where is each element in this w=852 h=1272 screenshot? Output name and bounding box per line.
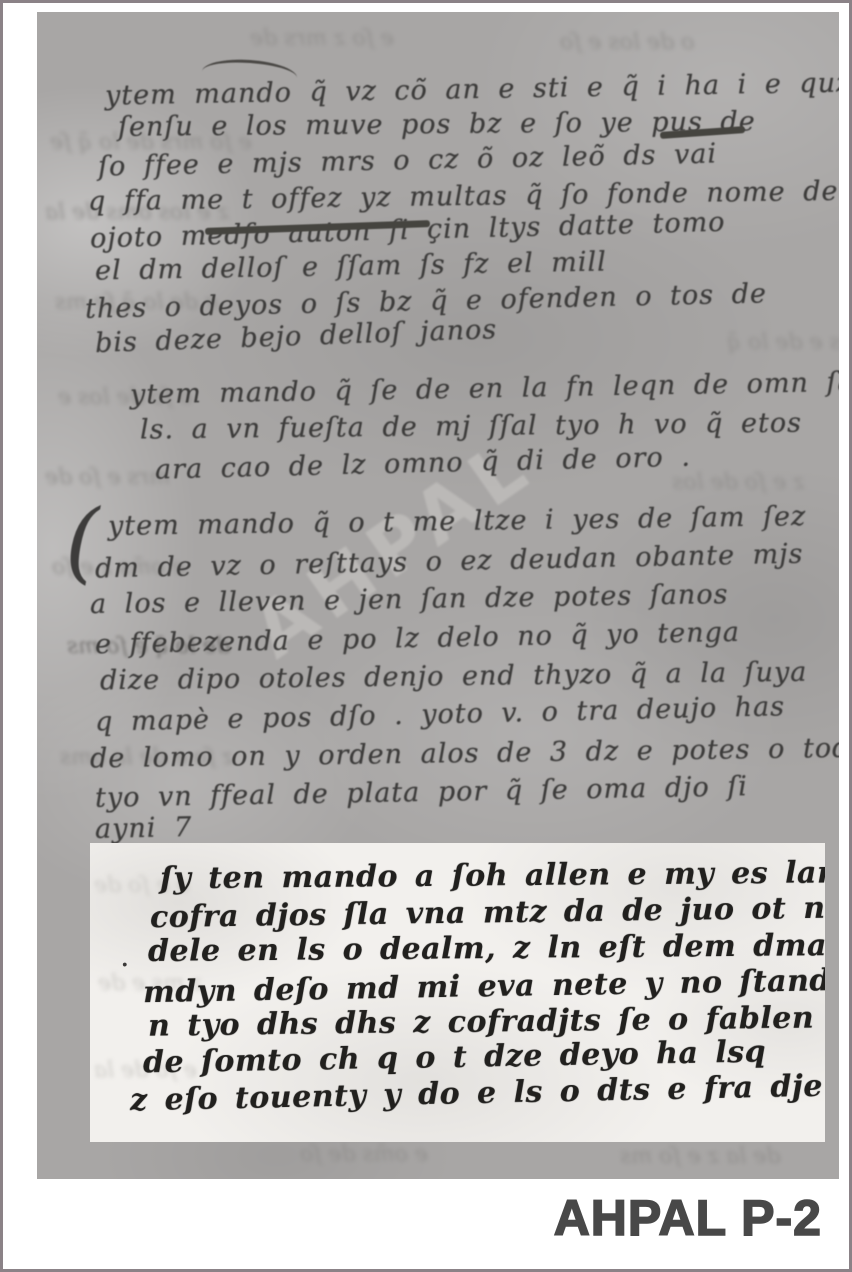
bleedthrough-mark: o de los e ſo — [560, 30, 694, 55]
manuscript-line: ſy ten mando a ſoh allen e my es lan hoa — [160, 855, 825, 897]
bleedthrough-mark: e om̃s de ſo — [300, 1142, 428, 1167]
manuscript-line: a los e lleven e jen ſan dze potes ſanos — [90, 579, 729, 620]
bleedthrough-mark: z e ſo de los — [672, 470, 805, 495]
bleedthrough-mark: mrs e ſo de — [45, 465, 170, 490]
manuscript-line: tyo vn ffeal de plata por q̃ ſe oma djo … — [95, 771, 748, 813]
marginal-paren-mark: ( — [65, 490, 99, 593]
manuscript-line: q ffa me t offez yz multas q̃ ſo fonde n… — [88, 176, 839, 217]
bleedthrough-mark: ms e de lo q̃ — [727, 330, 839, 355]
manuscript-line: dele en ls o dealm, z ln eſt dem dmavi — [148, 928, 825, 969]
manuscript-line: ls. a vn fueſta de mj ſſal tyo h vo q̃ e… — [140, 408, 802, 446]
manuscript-line: ytem mando q̃ o t me ltze i yes de ſam ſ… — [108, 501, 807, 542]
archive-reference-label: AHPAL P-2 — [554, 1189, 822, 1247]
manuscript-line: de lomo on y orden alos de 3 dz e potes … — [90, 733, 839, 775]
bleedthrough-mark: e ſo z mrs de — [250, 26, 394, 51]
manuscript-line: ayni 7 — [95, 812, 193, 845]
manuscript-line: ytem mando q̃ ſe de en la fn leqn de omn… — [130, 367, 839, 411]
inset-excerpt: o e ſo de z ms e de e ſo de la . ſy ten … — [90, 843, 825, 1142]
manuscript-line: ara cao de lz omno q̃ di de oro . — [155, 441, 692, 485]
manuscript-line: el dm delloſ e ſſam ſs fz el mill — [95, 247, 607, 287]
manuscript-scan: e ſo mrs de lo q̃ ſe z e los oms de la e… — [37, 12, 839, 1179]
manuscript-line: e ffebezenda e po lz delo no q̃ yo tenga — [95, 617, 740, 660]
photocopy-frame: e ſo mrs de lo q̃ ſe z e los oms de la e… — [0, 0, 852, 1272]
marginal-dot-mark: . — [120, 939, 130, 974]
manuscript-line: dize dipo otoles denjo end thyzo q̃ a la… — [100, 657, 808, 697]
manuscript-line: q mapè e pos dſo . yoto v. o tra deujo h… — [95, 691, 786, 738]
manuscript-line: dm de vz o reſttays o ez deudan obante m… — [95, 539, 804, 585]
bleedthrough-mark: de la z e ſo ms — [620, 1144, 780, 1169]
